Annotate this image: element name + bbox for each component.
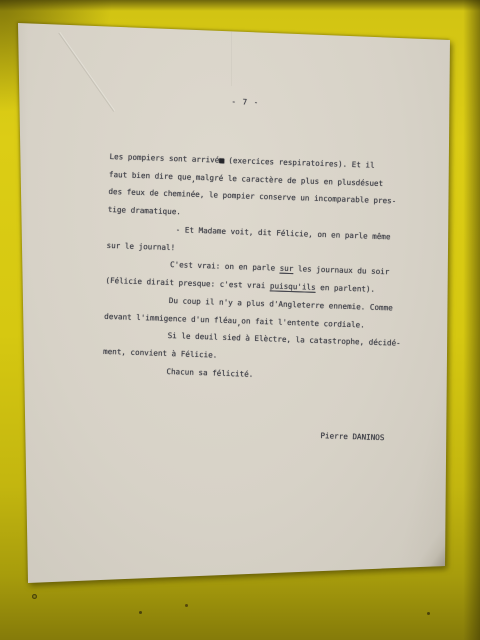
- typed-text-block: - 7 - Les pompiers sont arrivé■ (exercic…: [99, 53, 443, 484]
- typed-lines: Les pompiers sont arrivé■ (exercices res…: [102, 148, 439, 390]
- paper-shadow: - 7 - Les pompiers sont arrivé■ (exercic…: [0, 0, 480, 640]
- typed-text: Chacun sa félicité.: [102, 365, 253, 379]
- author-signature: Pierre DANINOS: [100, 420, 430, 449]
- typed-text: on fait l'entente cordiale.: [241, 316, 365, 329]
- typed-text: C'est vrai: on en parle: [106, 258, 280, 273]
- typed-text: en parlent).: [316, 283, 376, 294]
- underlined-text: sur: [280, 264, 294, 273]
- typed-text: (Félicie dirait presque: c'est vrai: [105, 276, 270, 290]
- typed-text: sur le journal!: [106, 240, 175, 251]
- typed-text: malgré le caractère de plus en plusdésue…: [196, 172, 384, 187]
- typed-text: Les pompiers sont arrivé: [109, 152, 219, 165]
- typed-text: devant l'immigence d'un fléau: [104, 311, 237, 324]
- typed-text: faut bien dire que: [109, 169, 192, 181]
- typed-text: les journaux du soir: [293, 264, 389, 276]
- typed-text: ment, convient à Félicie.: [103, 347, 218, 360]
- typed-text: ,: [191, 175, 196, 184]
- typed-text: (exercices respiratoires). Et il: [224, 155, 375, 169]
- photo-stage: - 7 - Les pompiers sont arrivé■ (exercic…: [0, 0, 480, 640]
- folded-corner: [412, 530, 448, 568]
- underlined-text: puisqu'ils: [270, 281, 316, 292]
- typewritten-page: - 7 - Les pompiers sont arrivé■ (exercic…: [0, 0, 480, 640]
- page-number: - 7 -: [111, 88, 441, 117]
- typed-text: ,: [237, 318, 242, 327]
- paper-crease: [58, 32, 115, 112]
- typed-text: tige dramatique.: [108, 205, 181, 216]
